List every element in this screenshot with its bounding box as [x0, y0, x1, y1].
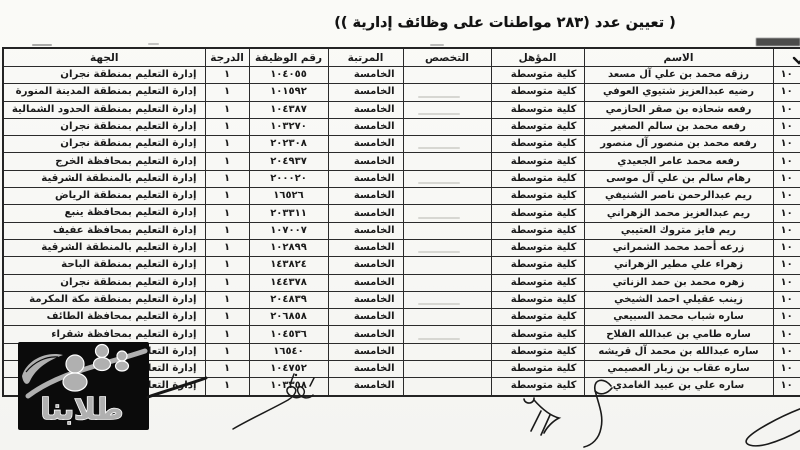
signature-2 — [524, 380, 612, 447]
pen-stroke — [148, 378, 206, 397]
signature-1 — [233, 374, 314, 429]
signatures-layer — [0, 0, 800, 450]
signature-3 — [746, 407, 800, 446]
scanned-document-page: { "title": "( تعيين عدد (٢٨٣ مواطنات على… — [0, 0, 800, 450]
